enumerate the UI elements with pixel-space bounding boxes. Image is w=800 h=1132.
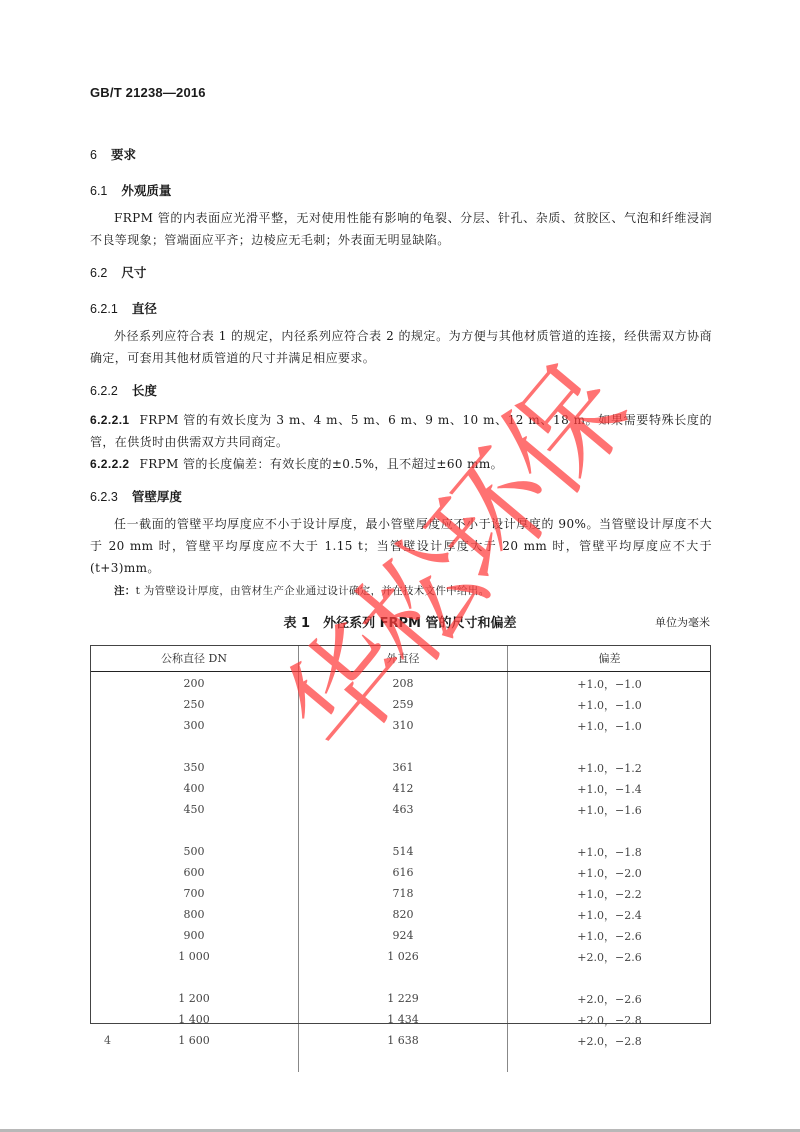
cell-od: 820: [299, 904, 508, 925]
section-title: 外观质量: [121, 183, 171, 198]
cell-od: 208: [299, 672, 508, 695]
table-1-unit: 单位为毫米: [655, 614, 710, 630]
cell-tolerance: +1.0，−1.6: [508, 799, 712, 820]
cell-tolerance: +1.0，−2.4: [508, 904, 712, 925]
table-spacer-row: [90, 820, 711, 841]
table-row: 450463+1.0，−1.6: [90, 799, 711, 820]
cell-od: 616: [299, 862, 508, 883]
clause-6-2-2-1: 6.2.2.1FRPM 管的有效长度为 3 m、4 m、5 m、6 m、9 m、…: [90, 409, 712, 453]
cell-dn: 700: [90, 883, 299, 904]
cell-dn: 1 400: [90, 1009, 299, 1030]
cell-tolerance: +1.0，−2.2: [508, 883, 712, 904]
clause-text: FRPM 管的有效长度为 3 m、4 m、5 m、6 m、9 m、10 m、12…: [90, 413, 712, 449]
table-row: 500514+1.0，−1.8: [90, 841, 711, 862]
table-row: 250259+1.0，−1.0: [90, 694, 711, 715]
cell-tolerance: +1.0，−2.6: [508, 925, 712, 946]
cell-od: 514: [299, 841, 508, 862]
cell-tolerance: +1.0，−1.0: [508, 672, 712, 695]
cell-od: 1 229: [299, 988, 508, 1009]
cell-dn: 500: [90, 841, 299, 862]
cell-tolerance: +1.0，−1.0: [508, 694, 712, 715]
table-row: 1 2001 229+2.0，−2.6: [90, 988, 711, 1009]
cell-od: 412: [299, 778, 508, 799]
cell-dn: 450: [90, 799, 299, 820]
table-bottom-pad: [90, 1051, 711, 1072]
section-number: 6.2.3: [90, 490, 118, 504]
section-6-2-1-heading: 6.2.1直径: [90, 299, 157, 317]
cell-od: 924: [299, 925, 508, 946]
section-title: 要求: [111, 147, 136, 162]
cell-dn: 400: [90, 778, 299, 799]
section-6-2-2-heading: 6.2.2长度: [90, 381, 157, 399]
cell-dn: 900: [90, 925, 299, 946]
clause-number: 6.2.2.1: [90, 413, 130, 427]
cell-od: 1 026: [299, 946, 508, 967]
cell-od: 1 638: [299, 1030, 508, 1051]
table-row: 800820+1.0，−2.4: [90, 904, 711, 925]
table-row: 900924+1.0，−2.6: [90, 925, 711, 946]
section-6-heading: 6要求: [90, 145, 136, 163]
table-row: 1 0001 026+2.0，−2.6: [90, 946, 711, 967]
table-row: 600616+1.0，−2.0: [90, 862, 711, 883]
cell-dn: 1 200: [90, 988, 299, 1009]
section-title: 长度: [132, 383, 157, 398]
section-title: 尺寸: [121, 265, 146, 280]
cell-tolerance: +1.0，−1.8: [508, 841, 712, 862]
section-6-2-heading: 6.2尺寸: [90, 263, 146, 281]
cell-od: 310: [299, 715, 508, 736]
cell-od: 1 434: [299, 1009, 508, 1030]
cell-tolerance: +2.0，−2.6: [508, 988, 712, 1009]
table-row: 300310+1.0，−1.0: [90, 715, 711, 736]
table-header-row: 公称直径 DN 外直径 偏差: [90, 645, 711, 672]
cell-tolerance: +1.0，−1.2: [508, 757, 712, 778]
cell-tolerance: +2.0，−2.8: [508, 1009, 712, 1030]
cell-tolerance: +2.0，−2.6: [508, 946, 712, 967]
cell-tolerance: +1.0，−1.4: [508, 778, 712, 799]
table-1: 公称直径 DN 外直径 偏差 200208+1.0，−1.0 250259+1.…: [90, 645, 711, 1072]
cell-od: 361: [299, 757, 508, 778]
clause-6-2-2-2: 6.2.2.2FRPM 管的长度偏差：有效长度的±0.5%，且不超过±60 mm…: [90, 453, 712, 475]
cell-tolerance: +2.0，−2.8: [508, 1030, 712, 1051]
page-number: 4: [104, 1034, 111, 1047]
section-title: 管壁厚度: [132, 489, 182, 504]
column-header-outer-diameter: 外直径: [299, 645, 508, 672]
section-title: 直径: [132, 301, 157, 316]
cell-dn: 300: [90, 715, 299, 736]
section-6-2-3-heading: 6.2.3管壁厚度: [90, 487, 182, 505]
table-spacer-row: [90, 736, 711, 757]
section-6-1-body: FRPM 管的内表面应光滑平整，无对使用性能有影响的龟裂、分层、针孔、杂质、贫胶…: [90, 207, 712, 251]
cell-tolerance: +1.0，−2.0: [508, 862, 712, 883]
table-row: 200208+1.0，−1.0: [90, 672, 711, 695]
section-6-2-1-body: 外径系列应符合表 1 的规定，内径系列应符合表 2 的规定。为方便与其他材质管道…: [90, 325, 712, 369]
cell-od: 259: [299, 694, 508, 715]
section-number: 6.2.1: [90, 302, 118, 316]
column-header-nominal-diameter: 公称直径 DN: [90, 645, 299, 672]
note-label: 注：: [114, 585, 136, 597]
section-number: 6.1: [90, 184, 107, 198]
table-row: 1 6001 638+2.0，−2.8: [90, 1030, 711, 1051]
note-text: t 为管壁设计厚度，由管材生产企业通过设计确定，并在技术文件中给出。: [136, 585, 490, 597]
standard-code: GB/T 21238—2016: [90, 85, 206, 100]
cell-dn: 200: [90, 672, 299, 695]
section-number: 6.2.2: [90, 384, 118, 398]
table-spacer-row: [90, 967, 711, 988]
column-header-tolerance: 偏差: [508, 645, 712, 672]
table-row: 400412+1.0，−1.4: [90, 778, 711, 799]
cell-dn: 600: [90, 862, 299, 883]
section-number: 6.2: [90, 266, 107, 280]
table-row: 700718+1.0，−2.2: [90, 883, 711, 904]
section-6-1-heading: 6.1外观质量: [90, 181, 171, 199]
section-6-2-3-body: 任一截面的管壁平均厚度应不小于设计厚度，最小管壁厚度应不小于设计厚度的 90%。…: [90, 513, 712, 579]
table-row: 350361+1.0，−1.2: [90, 757, 711, 778]
thickness-note: 注：t 为管壁设计厚度，由管材生产企业通过设计确定，并在技术文件中给出。: [114, 583, 489, 598]
cell-dn: 350: [90, 757, 299, 778]
cell-dn: 250: [90, 694, 299, 715]
cell-dn: 1 000: [90, 946, 299, 967]
clause-number: 6.2.2.2: [90, 457, 130, 471]
cell-od: 463: [299, 799, 508, 820]
table-row: 1 4001 434+2.0，−2.8: [90, 1009, 711, 1030]
cell-dn: 800: [90, 904, 299, 925]
clause-text: FRPM 管的长度偏差：有效长度的±0.5%，且不超过±60 mm。: [140, 457, 504, 471]
cell-tolerance: +1.0，−1.0: [508, 715, 712, 736]
cell-od: 718: [299, 883, 508, 904]
cell-dn: 1 600: [90, 1030, 299, 1051]
section-number: 6: [90, 148, 97, 162]
